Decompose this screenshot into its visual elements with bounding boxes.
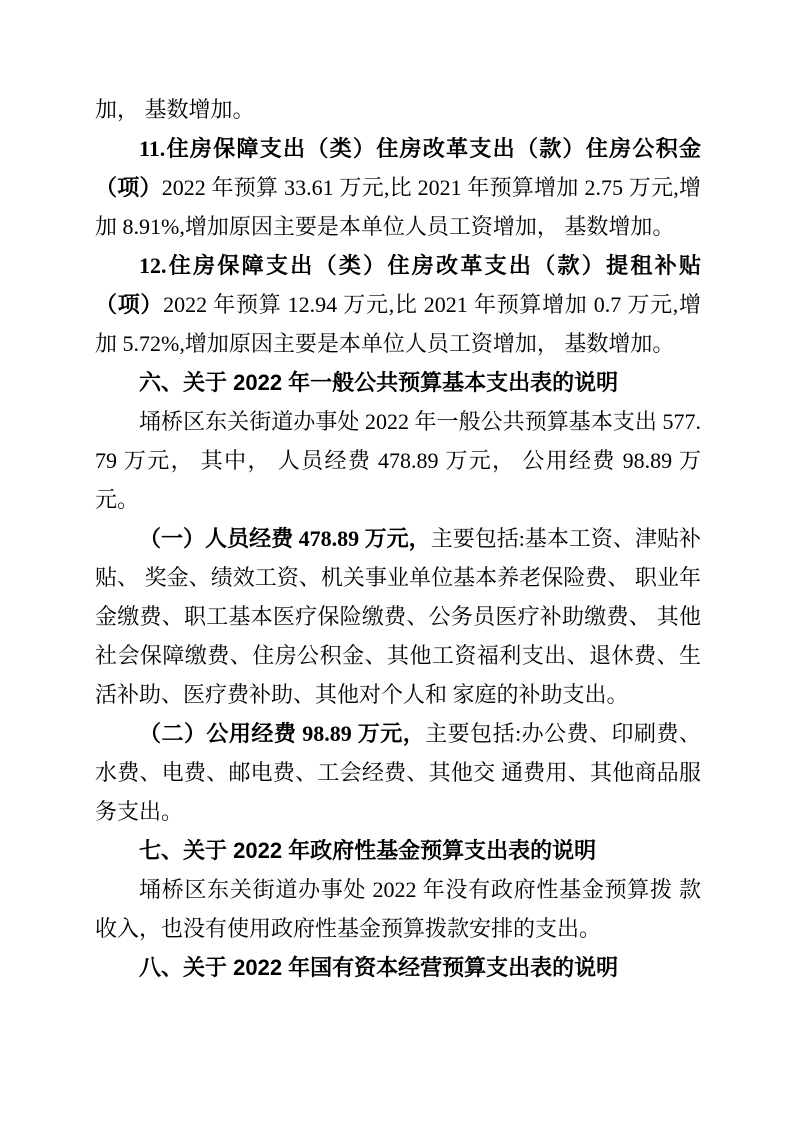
personnel-expense-lead: （一）人员经费 478.89 万元， [139,526,431,551]
item-11-body: 2022 年预算 33.61 万元,比 2021 年预算增加 2.75 万元,增… [95,175,701,239]
section-7-paragraph: 埇桥区东关街道办事处 2022 年没有政府性基金预算拨 款收入，也没有使用政府性… [95,870,701,948]
section-6-paragraph: 埇桥区东关街道办事处 2022 年一般公共预算基本支出 577.79 万元， 其… [95,402,701,519]
personnel-expense-paragraph: （一）人员经费 478.89 万元，主要包括:基本工资、津贴补贴、 奖金、绩效工… [95,519,701,714]
document-page: 加， 基数增加。 11.住房保障支出（类）住房改革支出（款）住房公积金（项）20… [0,0,793,1122]
document-content: 加， 基数增加。 11.住房保障支出（类）住房改革支出（款）住房公积金（项）20… [95,90,701,987]
continuation-paragraph: 加， 基数增加。 [95,90,701,129]
item-12-body: 2022 年预算 12.94 万元,比 2021 年预算增加 0.7 万元,增加… [95,292,701,356]
item-11-paragraph: 11.住房保障支出（类）住房改革支出（款）住房公积金（项）2022 年预算 33… [95,129,701,246]
item-12-paragraph: 12.住房保障支出（类）住房改革支出（款）提租补贴（项）2022 年预算 12.… [95,246,701,363]
personnel-expense-detail: 主要包括:基本工资、津贴补贴、 奖金、绩效工资、机关事业单位基本养老保险费、 职… [95,526,701,707]
section-7-heading: 七、关于 2022 年政府性基金预算支出表的说明 [95,831,701,870]
section-6-heading: 六、关于 2022 年一般公共预算基本支出表的说明 [95,363,701,402]
section-8-heading: 八、关于 2022 年国有资本经营预算支出表的说明 [95,948,701,987]
public-expense-lead: （二）公用经费 98.89 万元， [139,721,425,746]
public-expense-paragraph: （二）公用经费 98.89 万元，主要包括:办公费、印刷费、水费、电费、邮电费、… [95,714,701,831]
